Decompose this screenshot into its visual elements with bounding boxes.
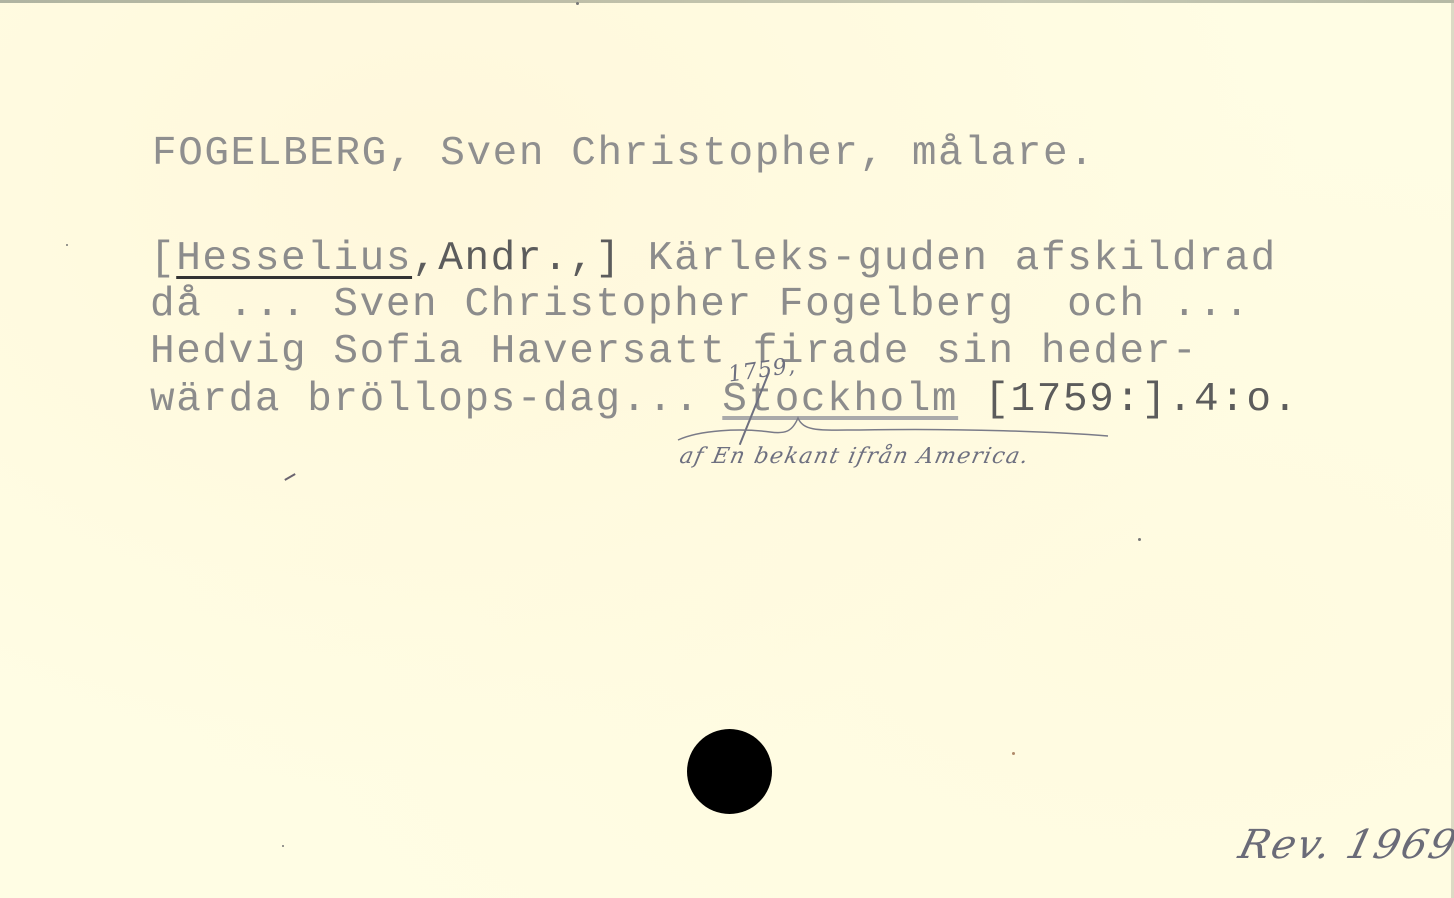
speck bbox=[576, 2, 579, 5]
speck bbox=[282, 845, 284, 847]
speck bbox=[1012, 752, 1015, 755]
entry-author: Hesselius bbox=[176, 236, 412, 282]
card-top-edge bbox=[0, 0, 1454, 3]
bracket-open: [ bbox=[150, 236, 176, 282]
entry-title-start: Kärleks-guden afskildrad bbox=[622, 236, 1277, 282]
speck bbox=[1138, 538, 1141, 541]
entry-line-4-text: wärda bröllops-dag... bbox=[150, 377, 700, 423]
catalog-card: FOGELBERG, Sven Christopher, målare. [He… bbox=[0, 0, 1454, 898]
entry-author-rest: ,Andr.,] bbox=[412, 236, 622, 282]
heading-surname: FOGELBERG bbox=[152, 131, 388, 177]
handwritten-revision: Rev. 1969 bbox=[1234, 822, 1454, 868]
entry-line-3: Hedvig Sofia Haversatt firade sin heder- bbox=[150, 332, 1198, 373]
entry-line-2: då ... Sven Christopher Fogelberg och ..… bbox=[150, 285, 1251, 326]
heading-rest: , Sven Christopher, målare. bbox=[388, 131, 1096, 177]
card-heading: FOGELBERG, Sven Christopher, målare. bbox=[152, 134, 1095, 175]
speck bbox=[66, 244, 68, 246]
handwritten-note: af En bekant ifrån America. bbox=[677, 444, 1032, 469]
entry-line-1: [Hesselius,Andr.,] Kärleks-guden afskild… bbox=[150, 239, 1277, 280]
stray-pen-mark bbox=[284, 473, 295, 481]
punch-hole bbox=[687, 729, 772, 814]
